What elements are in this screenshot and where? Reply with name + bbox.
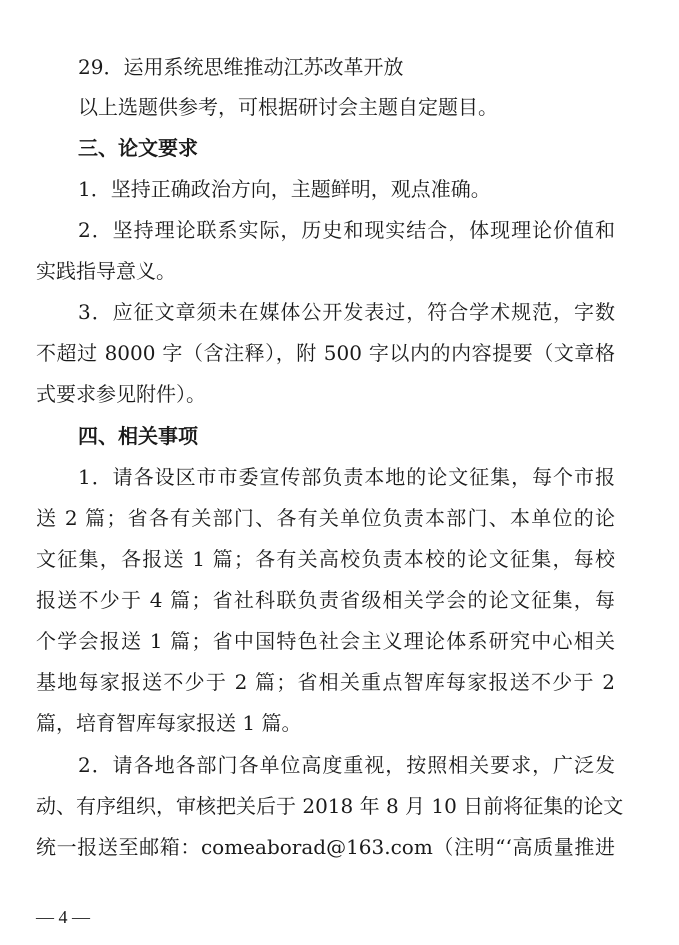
text-line: 2．坚持理论联系实际，历史和现实结合，体现理论价值和 (78, 215, 615, 245)
text-line: 送 2 篇；省各有关部门、各有关单位负责本部门、本单位的论 (36, 503, 615, 533)
text-line: 1．请各设区市市委宣传部负责本地的论文征集，每个市报 (78, 462, 615, 492)
text-line: 式要求参见附件）。 (36, 379, 615, 409)
section-heading: 三、论文要求 (78, 133, 615, 163)
text-line: 基地每家报送不少于 2 篇；省相关重点智库每家报送不少于 2 (36, 667, 615, 697)
text-line: 篇，培育智库每家报送 1 篇。 (36, 708, 615, 738)
text-line: 2．请各地各部门各单位高度重视，按照相关要求，广泛发 (78, 750, 615, 780)
text-line: 29．运用系统思维推动江苏改革开放 (78, 52, 615, 82)
text-line: 统一报送至邮箱：comeaborad@163.com（注明“‘高质量推进 (36, 832, 615, 862)
text-line: 文征集，各报送 1 篇；各有关高校负责本校的论文征集，每校 (36, 544, 615, 574)
text-line: 1．坚持正确政治方向，主题鲜明，观点准确。 (78, 174, 615, 204)
text-line: 3．应征文章须未在媒体公开发表过，符合学术规范，字数 (78, 297, 615, 327)
text-line: 不超过 8000 字（含注释），附 500 字以内的内容提要（文章格 (36, 338, 615, 368)
section-heading: 四、相关事项 (78, 421, 615, 451)
text-line: 报送不少于 4 篇；省社科联负责省级相关学会的论文征集，每 (36, 585, 615, 615)
text-line: 以上选题供参考，可根据研讨会主题自定题目。 (78, 92, 615, 122)
page-number: — 4 — (36, 904, 90, 930)
text-line: 实践指导意义。 (36, 256, 615, 286)
text-line: 个学会报送 1 篇；省中国特色社会主义理论体系研究中心相关 (36, 626, 615, 656)
text-line: 动、有序组织，审核把关后于 2018 年 8 月 10 日前将征集的论文 (36, 791, 615, 821)
